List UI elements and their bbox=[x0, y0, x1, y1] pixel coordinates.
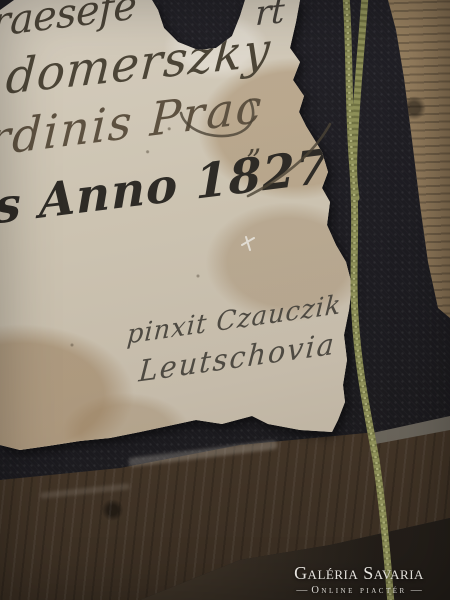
watermark-title: Galéria Savaria bbox=[271, 564, 447, 583]
watermark: Galéria Savaria — Online piactér — bbox=[271, 564, 447, 596]
watermark-dash: — bbox=[296, 584, 307, 596]
watermark-subtitle-row: — Online piactér — bbox=[271, 584, 447, 596]
photo-scene: raesefe rt domerszky rdinis Prac „ s Ann… bbox=[0, 0, 450, 600]
manuscript-paper-wrap: raesefe rt domerszky rdinis Prac „ s Ann… bbox=[0, 0, 450, 600]
manuscript-paper: raesefe rt domerszky rdinis Prac „ s Ann… bbox=[0, 0, 360, 460]
watermark-subtitle: Online piactér bbox=[311, 585, 406, 596]
watermark-dash: — bbox=[411, 584, 422, 596]
